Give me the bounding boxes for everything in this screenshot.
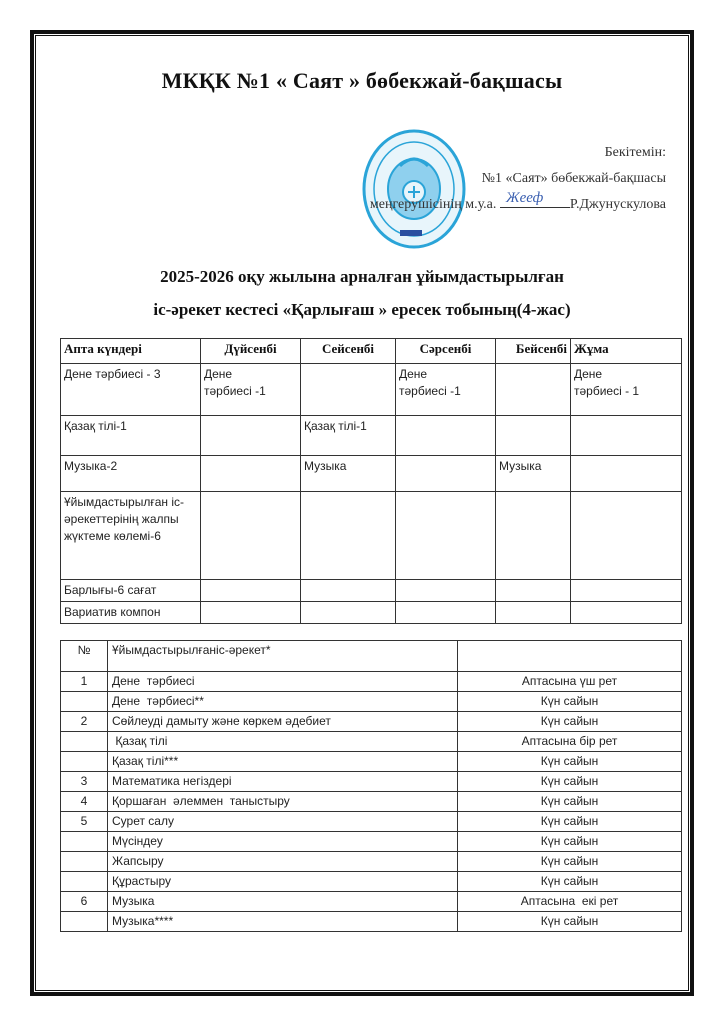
schedule-cell [396, 492, 496, 580]
header-wednesday: Сәрсенбі [396, 339, 496, 364]
subject-name: Музыка**** [108, 912, 458, 932]
subject-row: 2Сөйлеуді дамыту және көркем әдебиетКүн … [61, 712, 682, 732]
schedule-row: Дене тәрбиесі - 3Дене тәрбиесі -1Дене тә… [61, 364, 682, 416]
schedule-cell [496, 580, 571, 602]
schedule-row-label: Вариатив компон [61, 602, 201, 624]
subject-frequency: Аптасына үш рет [458, 672, 682, 692]
approval-name: Р.Джунускулова [570, 197, 666, 212]
subject-frequency: Күн сайын [458, 692, 682, 712]
subject-row: МүсіндеуКүн сайын [61, 832, 682, 852]
subject-number: 6 [61, 892, 108, 912]
signature: Жееф [500, 193, 570, 208]
approval-block: Бекітемін: №1 «Саят» бөбекжай-бақшасы ме… [370, 140, 666, 218]
schedule-cell [496, 492, 571, 580]
subject-frequency: Күн сайын [458, 752, 682, 772]
subject-number [61, 872, 108, 892]
subject-number [61, 912, 108, 932]
subject-name: Музыка [108, 892, 458, 912]
subject-number: 1 [61, 672, 108, 692]
subject-number: 5 [61, 812, 108, 832]
subject-number [61, 832, 108, 852]
subject-row: 3Математика негіздеріКүн сайын [61, 772, 682, 792]
header-number: № [61, 641, 108, 672]
subject-number: 2 [61, 712, 108, 732]
subject-frequency: Күн сайын [458, 772, 682, 792]
subject-frequency: Күн сайын [458, 912, 682, 932]
schedule-cell [496, 602, 571, 624]
schedule-cell [201, 492, 301, 580]
schedule-cell: Дене тәрбиесі -1 [201, 364, 301, 416]
subject-name: Жапсыру [108, 852, 458, 872]
subject-name: Мүсіндеу [108, 832, 458, 852]
schedule-cell [496, 416, 571, 456]
subject-name: Математика негіздері [108, 772, 458, 792]
subject-name: Дене тәрбиесі** [108, 692, 458, 712]
schedule-cell: Дене тәрбиесі - 1 [571, 364, 682, 416]
subject-name: Қазақ тілі [108, 732, 458, 752]
header-friday: Жұма [571, 339, 682, 364]
subject-frequency: Күн сайын [458, 872, 682, 892]
approval-line-1: Бекітемін: [370, 140, 666, 166]
schedule-header-row: Апта күндері Дүйсенбі Сейсенбі Сәрсенбі … [61, 339, 682, 364]
schedule-row-label: Дене тәрбиесі - 3 [61, 364, 201, 416]
subject-row: 6МузыкаАптасына екі рет [61, 892, 682, 912]
schedule-subtitle-line-2: іс-әрекет кестесі «Қарлығаш » ересек тоб… [0, 300, 724, 320]
weekly-schedule-table: Апта күндері Дүйсенбі Сейсенбі Сәрсенбі … [60, 338, 682, 624]
subject-row: Музыка****Күн сайын [61, 912, 682, 932]
subject-name: Сөйлеуді дамыту және көркем әдебиет [108, 712, 458, 732]
subject-frequency: Күн сайын [458, 832, 682, 852]
subject-number [61, 692, 108, 712]
header-week-days: Апта күндері [61, 339, 201, 364]
subjects-table: № Ұйымдастырылғаніс-әрекет* 1Дене тәрбие… [60, 640, 682, 932]
document-title: МКҚК №1 « Саят » бөбекжай-бақшасы [0, 68, 724, 94]
schedule-row: Ұйымдастырылған іс-әрекеттерінің жалпы ж… [61, 492, 682, 580]
schedule-row: Вариатив компон [61, 602, 682, 624]
subject-number: 3 [61, 772, 108, 792]
subject-row: Қазақ тіліАптасына бір рет [61, 732, 682, 752]
schedule-row: Музыка-2МузыкаМузыка [61, 456, 682, 492]
subject-frequency: Аптасына екі рет [458, 892, 682, 912]
subject-number [61, 752, 108, 772]
schedule-cell: Музыка [301, 456, 396, 492]
schedule-cell [301, 492, 396, 580]
schedule-cell [301, 364, 396, 416]
approval-position: меңгерушісінің м.у.а. [370, 197, 496, 212]
schedule-cell [571, 580, 682, 602]
schedule-cell [396, 602, 496, 624]
schedule-cell [571, 456, 682, 492]
subject-number [61, 852, 108, 872]
schedule-cell: Музыка [496, 456, 571, 492]
subject-number: 4 [61, 792, 108, 812]
schedule-cell [571, 602, 682, 624]
schedule-cell [571, 492, 682, 580]
subject-row: ЖапсыруКүн сайын [61, 852, 682, 872]
approval-line-3: меңгерушісінің м.у.а. ЖеефР.Джунускулова [370, 192, 666, 218]
subjects-header-row: № Ұйымдастырылғаніс-әрекет* [61, 641, 682, 672]
header-activity: Ұйымдастырылғаніс-әрекет* [108, 641, 458, 672]
schedule-cell: Дене тәрбиесі -1 [396, 364, 496, 416]
schedule-cell [201, 602, 301, 624]
subject-frequency: Күн сайын [458, 812, 682, 832]
header-frequency [458, 641, 682, 672]
subject-number [61, 732, 108, 752]
subject-row: ҚұрастыруКүн сайын [61, 872, 682, 892]
schedule-cell [571, 416, 682, 456]
schedule-cell [201, 580, 301, 602]
subject-row: Қазақ тілі***Күн сайын [61, 752, 682, 772]
subject-name: Құрастыру [108, 872, 458, 892]
subject-row: Дене тәрбиесі**Күн сайын [61, 692, 682, 712]
schedule-cell [201, 416, 301, 456]
schedule-subtitle-line-1: 2025-2026 оқу жылына арналған ұйымдастыр… [0, 267, 724, 287]
subject-frequency: Күн сайын [458, 852, 682, 872]
subject-name: Сурет салу [108, 812, 458, 832]
subject-row: 4Қоршаған әлеммен таныстыруКүн сайын [61, 792, 682, 812]
schedule-cell [396, 456, 496, 492]
schedule-row-label: Қазақ тілі-1 [61, 416, 201, 456]
subject-row: 1Дене тәрбиесіАптасына үш рет [61, 672, 682, 692]
schedule-cell [301, 580, 396, 602]
subject-frequency: Аптасына бір рет [458, 732, 682, 752]
schedule-cell [396, 580, 496, 602]
subject-name: Дене тәрбиесі [108, 672, 458, 692]
schedule-cell [301, 602, 396, 624]
subject-frequency: Күн сайын [458, 792, 682, 812]
schedule-row-label: Барлығы-6 сағат [61, 580, 201, 602]
signature-text: Жееф [506, 185, 543, 211]
subject-row: 5Сурет салуКүн сайын [61, 812, 682, 832]
subject-frequency: Күн сайын [458, 712, 682, 732]
schedule-cell [396, 416, 496, 456]
schedule-row-label: Ұйымдастырылған іс-әрекеттерінің жалпы ж… [61, 492, 201, 580]
subject-name: Қоршаған әлеммен таныстыру [108, 792, 458, 812]
subject-name: Қазақ тілі*** [108, 752, 458, 772]
schedule-row: Қазақ тілі-1Қазақ тілі-1 [61, 416, 682, 456]
schedule-row: Барлығы-6 сағат [61, 580, 682, 602]
schedule-cell [496, 364, 571, 416]
schedule-cell [201, 456, 301, 492]
header-monday: Дүйсенбі [201, 339, 301, 364]
schedule-row-label: Музыка-2 [61, 456, 201, 492]
header-thursday: Бейсенбі [496, 339, 571, 364]
header-tuesday: Сейсенбі [301, 339, 396, 364]
schedule-cell: Қазақ тілі-1 [301, 416, 396, 456]
